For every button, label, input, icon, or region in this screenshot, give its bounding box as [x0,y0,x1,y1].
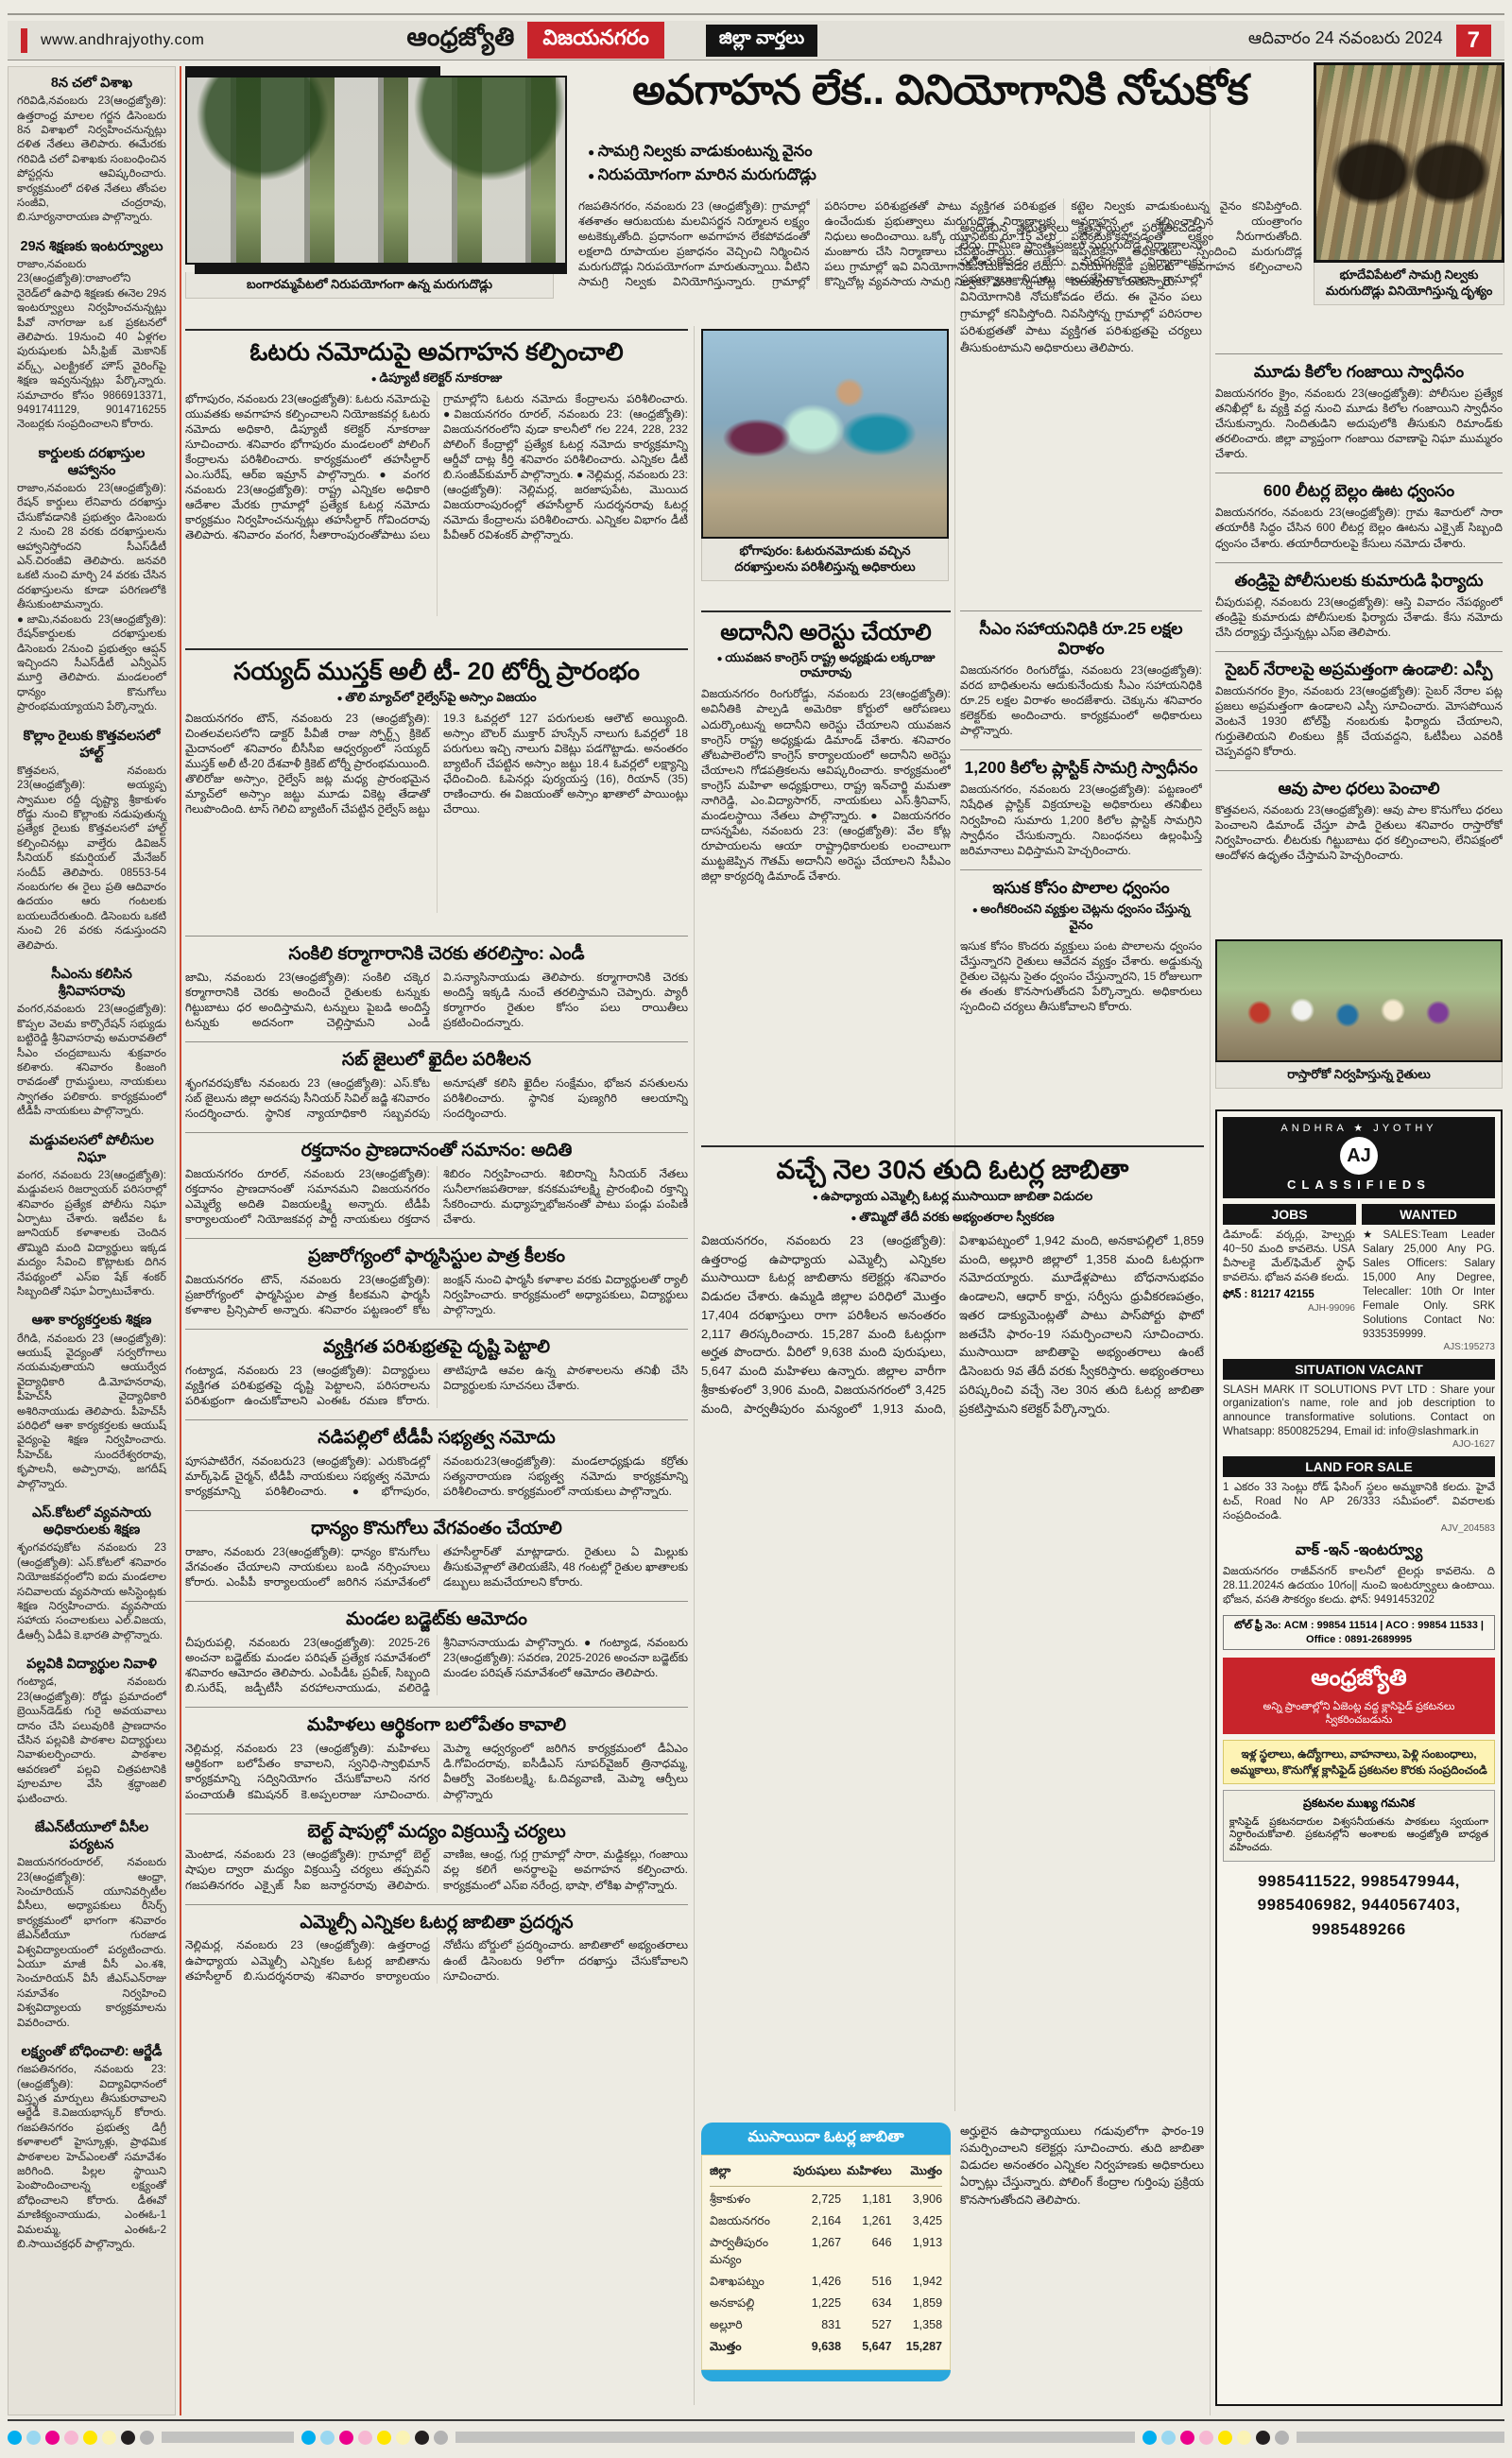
classifieds-brand-top: ANDHRA ★ JYOTHY [1227,1122,1491,1134]
color-dot [415,2431,429,2445]
article-body: చీపురుపల్లి, నవంబరు 23(ఆంధ్రజ్యోతి): ఆస్… [1215,594,1503,640]
article: నడిపల్లిలో టీడీపీ సభ్యత్వ నమోదు పూసపాటిర… [185,1419,688,1499]
article-body: విజయనగరం రింగురోడ్డు, నవంబరు 23(ఆంధ్రజ్య… [960,662,1202,738]
article-kicker: అంగీకరించని వ్యక్తుల చెట్లను ధ్వంసం చేస్… [960,902,1202,934]
classifieds-block: ANDHRA ★ JYOTHY AJ CLASSIFIEDS JOBS WANT… [1215,1109,1503,2406]
final-voters-kicker-2: తొమ్మిదో తేదీ వరకు అభ్యంతరాల స్వీకరణ [701,1210,1204,1226]
andhra-jyothy-ad-brand: ఆంధ్రజ్యోతి [1228,1665,1489,1696]
jobs-label: JOBS [1223,1204,1356,1225]
color-registration-dots [1143,2431,1289,2445]
table-row: మొత్తం 9,638 5,647 15,287 [710,2338,942,2360]
brief-body: కొత్తవలస, నవంబరు 23(ఆంధ్రజ్యోతి): అయ్యప్… [17,765,166,954]
cell-male: 1,225 [791,2296,841,2313]
color-dot [1180,2431,1194,2445]
article: ఎమ్మెల్సీ ఎన్నికల ఓటర్ల జాబితా ప్రదర్శన … [185,1904,688,1984]
col-district: జిల్లా [710,2164,791,2181]
rally-photo-block: రాస్తారోకో నిర్వహిస్తున్న రైతులు [1215,939,1503,1102]
voters-table-title: ముసాయిదా ఓటర్ల జాబితా [701,2123,951,2155]
main-story-continuation-block: అందించిన ప్రభుత్వాలు క్షేత్రస్థాయిలో పరి… [960,219,1202,597]
main-bullet-1: సామగ్రి నిల్వకు వాడుకుంటున్న వైనం [588,143,947,163]
brief-body: గజపతినగరం, నవంబరు 23: (ఆంధ్రజ్యోతి): విద… [17,2063,166,2252]
cell-district: అనకాపల్లి [710,2296,791,2313]
color-dot [339,2431,353,2445]
brief-body: గరివిడి,నవంబరు 23(ఆంధ్రజ్యోతి): ఉత్తరాంధ… [17,95,166,226]
article: ప్రజారోగ్యంలో ఫార్మసిస్టుల పాత్ర కీలకం వ… [185,1238,688,1317]
article: మండల బడ్జెట్‌కు ఆమోదం చీపురుపల్లి, నవంబర… [185,1601,688,1695]
main-story-bullets: సామగ్రి నిల్వకు వాడుకుంటున్న వైనం నిరుపయ… [588,140,947,193]
cell-district: శ్రీకాకుళం [710,2192,791,2209]
brief-item: 29న శిక్షణకు ఇంటర్వ్యూలు రాజాం,నవంబరు 23… [17,238,166,433]
color-registration-dots [8,2431,154,2445]
cell-total: 1,942 [892,2275,942,2292]
land-for-sale-section: LAND FOR SALE 1 ఎకరం 33 సెంట్లు రోడ్ ఫేస… [1223,1456,1495,1534]
article-body: చీపురుపల్లి, నవంబరు 23(ఆంధ్రజ్యోతి): 202… [185,1635,688,1695]
voters-table-rows: శ్రీకాకుళం 2,725 1,181 3,906 విజయనగరం 2,… [710,2191,942,2360]
jobs-ad: డిమాండ్: వర్కర్లు, హెల్పర్లు 40~50 మంది … [1223,1229,1355,1352]
land-for-sale-code: AJV_204583 [1223,1523,1495,1534]
article: రక్తదానం ప్రాణదానంతో సమానం: అదితి విజయనగ… [185,1132,688,1227]
red-accent-bar [21,28,27,53]
color-dot [121,2431,135,2445]
toilets-photo-right [1314,62,1504,263]
color-dot [358,2431,372,2445]
cell-total: 3,425 [892,2214,942,2231]
article-headline: సీఎం సహాయనిధికి రూ.25 లక్షల విరాళం [960,619,1202,659]
wanted-label: WANTED [1362,1204,1495,1225]
cell-male: 2,725 [791,2192,841,2209]
brief-headline: లక్ష్యంతో బోధించాలి: ఆర్జేడీ [17,2043,166,2060]
article: బెల్ట్ షాపుల్లో మద్యం విక్రయిస్తే చర్యలు… [185,1813,688,1893]
print-registration-strip [8,2419,1504,2448]
col-e-articles: సీఎం సహాయనిధికి రూ.25 లక్షల విరాళం విజయన… [960,610,1202,1138]
brief-headline: కార్డులకు దరఖాస్తుల ఆహ్వానం [17,445,166,479]
brief-body: వంగర,నవంబరు 23(ఆంధ్రజ్యోతి): కొప్పల వెలమ… [17,1003,166,1119]
gray-calibration-bar [455,2432,1135,2443]
article: సబ్ జైలులో ఖైదీల పరిశీలన శృంగవరపుకోట నవం… [185,1041,688,1121]
article-body: విజయనగరం క్రైం, నవంబరు 23(ఆంధ్రజ్యోతి): … [1215,386,1503,461]
top-rule [8,13,1504,15]
brief-body: రాజాం,నవంబరు 23(ఆంధ్రజ్యోతి): రేషన్ కార్… [17,482,166,715]
article: వ్యక్తిగత పరిశుభ్రతపై దృష్టి పెట్టాలి గం… [185,1329,688,1408]
article: తండ్రిపై పోలీసులకు కుమారుడి ఫిర్యాదు చీప… [1215,562,1503,640]
article-body: విజయనగరం టౌన్, నవంబరు 23(ఆంధ్రజ్యోతి): ప… [185,1272,688,1317]
brief-headline: ఆశా కార్యకర్తలకు శిక్షణ [17,1312,166,1329]
article-headline: ఎమ్మెల్సీ ఎన్నికల ఓటర్ల జాబితా ప్రదర్శన [185,1913,688,1934]
brief-item: కార్డులకు దరఖాస్తుల ఆహ్వానం రాజాం,నవంబరు… [17,445,166,715]
color-dot [1143,2431,1157,2445]
article-body: నెల్లిమర్ల, నవంబరు 23 (ఆంధ్రజ్యోతి): మహి… [185,1741,688,1801]
farmers-rally-photo [1215,939,1503,1062]
article-headline: ధాన్యం కొనుగోలు వేగవంతం చేయాలి [185,1519,688,1540]
color-dot [377,2431,391,2445]
jobs-ad-phone: ఫోన్ : 81217 42155 [1223,1288,1355,1303]
brief-headline: 29న శిక్షణకు ఇంటర్వ్యూలు [17,238,166,255]
article-body: రాజాం, నవంబరు 23(ఆంధ్రజ్యోతి): ధాన్యం కొ… [185,1544,688,1590]
voter-photo-block: భోగాపురం: ఓటరునమోదుకు వచ్చిన దరఖాస్తులను… [701,329,949,603]
andhra-jyothy-ad: ఆంధ్రజ్యోతి అన్ని ప్రాంతాల్లోని ఏజెంట్ల … [1223,1658,1495,1735]
photo-caption: భోగాపురం: ఓటరునమోదుకు వచ్చిన దరఖాస్తులను… [701,539,949,581]
article: సంకిలి కర్మాగారానికి చెరకు తరలిస్తాం: ఎం… [185,936,688,1030]
main-story-photo-right-block: భూదేవిపేటలో సామగ్రి నిల్వకు మరుగుదొడ్లు … [1314,62,1504,346]
cell-male: 1,267 [791,2236,841,2270]
notice-title: ప్రకటనల ముఖ్య గమనిక [1229,1796,1488,1813]
article-headline: నడిపల్లిలో టీడీపీ సభ్యత్వ నమోదు [185,1428,688,1450]
jobs-ad-code: AJH-99096 [1223,1303,1355,1314]
color-dot [102,2431,116,2445]
col-total: మొత్తం [892,2164,942,2181]
brief-body: విజయనగరంరూరల్, నవంబరు 23(ఆంధ్రజ్యోతి): ఆ… [17,1856,166,2031]
categories-box: ఇళ్ల స్థలాలు, ఉద్యోగాలు, వాహనాలు, పెళ్లి… [1223,1740,1495,1783]
voter-story: ఓటరు నమోదుపై అవగాహన కల్పించాలి డిప్యూటీ … [185,329,688,641]
article-headline: మండల బడ్జెట్‌కు ఆమోదం [185,1609,688,1631]
color-dot [8,2431,22,2445]
land-for-sale-label: LAND FOR SALE [1223,1456,1495,1477]
cell-total: 1,358 [892,2318,942,2335]
final-voters-kicker-1: ఉపాధ్యాయ ఎమ్మెల్సీ ఓటర్ల ముసాయిదా జాబితా… [701,1189,1204,1205]
classifieds-brand-bottom: CLASSIFIEDS [1227,1177,1491,1192]
middle-articles-column: సంకిలి కర్మాగారానికి చెరకు తరలిస్తాం: ఎం… [185,936,688,2410]
sports-kicker: తొలి మ్యాచ్‌లో రైల్వేస్‌పై అస్సాం విజయం [185,690,688,706]
column-rule [1210,66,1211,2415]
column-rule [694,326,695,2405]
article-body: శృంగవరపుకోట నవంబరు 23 (ఆంధ్రజ్యోతి): ఎస్… [185,1075,688,1121]
adani-story: అదానీని అరెస్టు చేయాలి యువజన కాంగ్రెస్ ర… [701,610,951,1138]
article: ధాన్యం కొనుగోలు వేగవంతం చేయాలి రాజాం, నవ… [185,1510,688,1590]
final-voters-story: వచ్చే నెల 30న తుది ఓటర్ల జాబితా ఉపాధ్యాయ… [701,1145,1204,2113]
jobs-wanted-ads: డిమాండ్: వర్కర్లు, హెల్పర్లు 40~50 మంది … [1223,1229,1495,1352]
article-body: మెంటాడ, నవంబరు 23 (ఆంధ్రజ్యోతి): గ్రామాల… [185,1847,688,1892]
cell-female: 1,261 [841,2214,891,2231]
newspaper-page: www.andhrajyothy.com ఆంధ్రజ్యోతి విజయనగర… [0,0,1512,2458]
masthead-logo: ఆంధ్రజ్యోతి [406,23,514,59]
cell-male: 2,164 [791,2214,841,2231]
wanted-ad-text: ★SALES:Team Leader Salary 25,000 Any PG.… [1363,1229,1495,1342]
brief-headline: మడ్డువలసలో పోలీసుల నిఘా [17,1132,166,1166]
article-headline: మహిళలు ఆర్థికంగా బలోపేతం కావాలి [185,1715,688,1737]
article-headline: 1,200 కిలోల ప్లాస్టిక్ సామగ్రి స్వాధీనం [960,758,1202,778]
brief-item: 8న చలో విశాఖ గరివిడి,నవంబరు 23(ఆంధ్రజ్యో… [17,75,166,226]
sports-body: విజయనగరం టౌన్, నవంబరు 23 (ఆంధ్రజ్యోతి): … [185,711,688,913]
table-row: అల్లూరి 831 527 1,358 [710,2316,942,2338]
color-dot [26,2431,41,2445]
cell-male: 831 [791,2318,841,2335]
article-headline: మూడు కిలోల గంజాయి స్వాధీనం [1215,362,1503,382]
main-headline: అవగాహన లేక.. వినియోగానికి నోచుకోక [578,68,1302,113]
article-headline: ప్రజారోగ్యంలో ఫార్మసిస్టుల పాత్ర కీలకం [185,1246,688,1268]
article: మూడు కిలోల గంజాయి స్వాధీనం విజయనగరం క్రై… [1215,353,1503,461]
wanted-ad-code: AJS:195273 [1363,1342,1495,1352]
color-dot [434,2431,448,2445]
final-voters-body: విజయనగరం, నవంబరు 23 (ఆంధ్రజ్యోతి): ఉత్తర… [701,1231,1204,1418]
website-url: www.andhrajyothy.com [41,32,204,49]
brief-headline: పల్లవికి విద్యార్థుల నివాళి [17,1656,166,1673]
article-headline: సంకిలి కర్మాగారానికి చెరకు తరలిస్తాం: ఎం… [185,944,688,966]
photo-caption: రాస్తారోకో నిర్వహిస్తున్న రైతులు [1215,1062,1503,1089]
article-headline: సైబర్ నేరాలపై అప్రమత్తంగా ఉండాలి: ఎస్పీ [1215,660,1503,679]
walkin-interview-label: వాక్ -ఇన్ -ఇంటర్వ్యూ [1223,1541,1495,1562]
color-registration-dots [301,2431,448,2445]
situation-vacant-text: SLASH MARK IT SOLUTIONS PVT LTD : Share … [1223,1384,1495,1440]
article-headline: వ్యక్తిగత పరిశుభ్రతపై దృష్టి పెట్టాలి [185,1337,688,1359]
table-row: పార్వతీపురం మన్యం 1,267 646 1,913 [710,2234,942,2273]
voters-table-footer-bar [701,2370,951,2381]
article: మహిళలు ఆర్థికంగా బలోపేతం కావాలి నెల్లిమర… [185,1707,688,1801]
andhra-jyothy-ad-text: అన్ని ప్రాంతాల్లోని ఏజెంట్ల వద్ద క్లాసిఫ… [1228,1700,1489,1727]
cell-total: 1,859 [892,2296,942,2313]
color-dot [396,2431,410,2445]
article-body: విజయనగరం, నవంబరు 23(ఆంధ్రజ్యోతి): పట్టణం… [960,782,1202,857]
brief-body: రాజాం,నవంబరు 23(ఆంధ్రజ్యోతి):రాజాంలోని న… [17,258,166,433]
cell-district: విశాఖపట్నం [710,2275,791,2292]
final-voters-headline: వచ్చే నెల 30న తుది ఓటర్ల జాబితా [701,1155,1204,1185]
photo-accent-bar [185,66,440,76]
sports-story: సయ్యద్ ముస్తక్ అలీ టీ- 20 టోర్నీ ప్రారంభ… [185,648,688,928]
cell-district: మొత్తం [710,2340,791,2357]
article-body: విజయనగరం రూరల్, నవంబరు 23(ఆంధ్రజ్యోతి): … [185,1166,688,1227]
cell-total: 15,287 [892,2340,942,2357]
brief-body: రేగిడి, నవంబరు 23 (ఆంధ్రజ్యోతి): ఆయుష్ వ… [17,1332,166,1492]
article-headline: రక్తదానం ప్రాణదానంతో సమానం: అదితి [185,1141,688,1162]
brief-item: పల్లవికి విద్యార్థుల నివాళి గంట్యాడ, నవం… [17,1656,166,1807]
article-headline: 600 లీటర్ల బెల్లం ఊట ధ్వంసం [1215,481,1503,501]
edition-name: విజయనగరం [527,22,664,59]
notice-text: క్లాసిఫైడ్ ప్రకటనదారుల విశ్వసనీయతను పాఠక… [1229,1816,1488,1855]
article: 1,200 కిలోల ప్లాస్టిక్ సామగ్రి స్వాధీనం … [960,749,1202,857]
article-headline: ఇసుక కోసం పొలాల ధ్వంసం [960,878,1202,898]
color-dot [1199,2431,1213,2445]
article: సైబర్ నేరాలపై అప్రమత్తంగా ఉండాలి: ఎస్పీ … [1215,651,1503,759]
color-dot [1256,2431,1270,2445]
brief-body: గంట్యాడ, నవంబరు 23(ఆంధ్రజ్యోతి): రోడ్డు … [17,1676,166,1807]
main-story-photo-left-block: బంగారమ్మపేటలో నిరుపయోగంగా ఉన్న మరుగుదొడ్… [185,66,567,327]
jobs-ad-text: డిమాండ్: వర్కర్లు, హెల్పర్లు 40~50 మంది … [1223,1229,1355,1285]
voter-story-kicker: డిప్యూటీ కలెక్టర్ నూకరాజు [185,370,688,387]
cell-district: అల్లూరి [710,2318,791,2335]
photo-caption: భూదేవిపేటలో సామగ్రి నిల్వకు మరుగుదొడ్లు … [1314,263,1504,305]
brief-item: జేఎన్‌టీయూలో వీసీల పర్యటన విజయనగరంరూరల్,… [17,1819,166,2031]
cell-female: 5,647 [841,2340,891,2357]
table-row: విజయనగరం 2,164 1,261 3,425 [710,2212,942,2234]
situation-vacant-code: AJO-1627 [1223,1439,1495,1450]
briefs-column: 8న చలో విశాఖ గరివిడి,నవంబరు 23(ఆంధ్రజ్యో… [8,66,176,2415]
article-body: నెల్లిమర్ల, నవంబరు 23 (ఆంధ్రజ్యోతి): ఉత్… [185,1937,688,1983]
classifieds-masthead: ANDHRA ★ JYOTHY AJ CLASSIFIEDS [1223,1117,1495,1198]
classifieds-section-bars: JOBS WANTED [1223,1204,1495,1225]
sports-headline: సయ్యద్ ముస్తక్ అలీ టీ- 20 టోర్నీ ప్రారంభ… [185,658,688,686]
land-for-sale-text: 1 ఎకరం 33 సెంట్లు రోడ్ ఫేసింగ్ స్థలం అమ్… [1223,1481,1495,1523]
brief-item: సీఎంను కలిసిన శ్రీనివాసరావు వంగర,నవంబరు … [17,966,166,1120]
page-header: www.andhrajyothy.com ఆంధ్రజ్యోతి విజయనగర… [8,21,1504,60]
page-number: 7 [1456,25,1491,57]
article-headline: సబ్ జైలులో ఖైదీల పరిశీలన [185,1050,688,1072]
brief-item: ఎస్.కోటలో వ్యవసాయ అధికారులకు శిక్షణ శృంగ… [17,1504,166,1643]
situation-vacant-label: SITUATION VACANT [1223,1359,1495,1380]
article-body: ఇసుక కోసం కొందరు వ్యక్తులు పంట పొలాలను ధ… [960,938,1202,1014]
brief-item: కొల్లాం రైలుకు కొత్తవలసలో హాల్ట్ కొత్తవల… [17,728,166,954]
cell-total: 1,913 [892,2236,942,2270]
brief-body: శృంగవరపుకోట నవంబరు 23 (ఆంధ్రజ్యోతి): ఎస్… [17,1541,166,1643]
color-dot [320,2431,335,2445]
tollfree-numbers: టోల్ ఫ్రీ నెం: ACM : 99854 11514 | ACO :… [1223,1615,1495,1650]
notice-box: ప్రకటనల ముఖ్య గమనిక క్లాసిఫైడ్ ప్రకటనదార… [1223,1790,1495,1862]
table-row: విశాఖపట్నం 1,426 516 1,942 [710,2273,942,2295]
brief-headline: కొల్లాం రైలుకు కొత్తవలసలో హాల్ట్ [17,728,166,762]
article: సీఎం సహాయనిధికి రూ.25 లక్షల విరాళం విజయన… [960,610,1202,738]
gray-calibration-bar [1297,2432,1504,2443]
cell-female: 516 [841,2275,891,2292]
toilets-photo-left [185,76,567,265]
article-headline: ఆవు పాల ధరలు పెంచాలి [1215,779,1503,799]
voter-story-headline: ఓటరు నమోదుపై అవగాహన కల్పించాలి [185,338,688,367]
final-voters-continuation-block: అర్హులైన ఉపాధ్యాయులు గడువులోగా ఫారం-19 స… [960,2123,1204,2406]
color-dot [140,2431,154,2445]
cell-district: పార్వతీపురం మన్యం [710,2236,791,2270]
section-name: జిల్లా వార్తలు [706,25,817,57]
table-row: శ్రీకాకుళం 2,725 1,181 3,906 [710,2191,942,2212]
brief-item: లక్ష్యంతో బోధించాలి: ఆర్జేడీ గజపతినగరం, … [17,2043,166,2252]
color-dot [1161,2431,1176,2445]
article-headline: బెల్ట్ షాపుల్లో మద్యం విక్రయిస్తే చర్యలు [185,1822,688,1844]
article-headline: తండ్రిపై పోలీసులకు కుమారుడి ఫిర్యాదు [1215,571,1503,591]
article-body: జామి, నవంబరు 23(ఆంధ్రజ్యోతి): సంకిలి చక్… [185,970,688,1030]
cell-female: 1,181 [841,2192,891,2209]
brief-item: మడ్డువలసలో పోలీసుల నిఘా వంగర, నవంబరు 23(… [17,1132,166,1300]
cell-female: 646 [841,2236,891,2270]
brief-headline: ఎస్.కోటలో వ్యవసాయ అధికారులకు శిక్షణ [17,1504,166,1538]
main-bullet-2: నిరుపయోగంగా మారిన మరుగుదొడ్లు [588,166,947,187]
column-rule [180,66,181,2415]
color-dot [1218,2431,1232,2445]
issue-date: ఆదివారం 24 నవంబరు 2024 [1248,28,1443,52]
voter-story-body: భోగాపురం, నవంబరు 23(ఆంధ్రజ్యోతి): ఓటరు న… [185,391,688,616]
color-dot [45,2431,60,2445]
voter-registration-photo [701,329,949,539]
article: ఆవు పాల ధరలు పెంచాలి కొత్తవలస, నవంబరు 23… [1215,770,1503,863]
article: 600 లీటర్ల బెల్లం ఊట ధ్వంసం విజయనగరం, నవ… [1215,473,1503,550]
color-dot [301,2431,316,2445]
photo-caption: బంగారమ్మపేటలో నిరుపయోగంగా ఉన్న మరుగుదొడ్… [185,272,554,299]
color-dot [83,2431,97,2445]
cell-total: 3,906 [892,2192,942,2209]
cell-female: 634 [841,2296,891,2313]
cell-female: 527 [841,2318,891,2335]
article-body: విజయనగరం క్రైం, నవంబరు 23(ఆంధ్రజ్యోతి): … [1215,683,1503,759]
walkin-interview-text: విజయనగరం రాజీవ్‌నగర్ కాలనీలో టైలర్లు కావ… [1223,1565,1495,1607]
brief-body: వంగర, నవంబరు 23(ఆంధ్రజ్యోతి): మడ్డువలస ర… [17,1169,166,1300]
voters-table: ముసాయిదా ఓటర్ల జాబితా జిల్లా పురుషులు మహ… [701,2123,951,2408]
table-row: అనకాపల్లి 1,225 634 1,859 [710,2295,942,2316]
cell-male: 9,638 [791,2340,841,2357]
article: ఇసుక కోసం పొలాల ధ్వంసం అంగీకరించని వ్యక్… [960,869,1202,1014]
article-body: విజయనగరం, నవంబరు 23(ఆంధ్రజ్యోతి): గ్రామ … [1215,505,1503,550]
main-story-continuation: అందించిన ప్రభుత్వాలు క్షేత్రస్థాయిలో పరి… [960,219,1202,356]
adani-kicker: యువజన కాంగ్రెస్ రాష్ట్ర అధ్యక్షుడు లక్కర… [701,650,951,682]
brief-headline: 8న చలో విశాఖ [17,75,166,92]
gray-calibration-bar [162,2432,294,2443]
adani-headline: అదానీని అరెస్టు చేయాలి [701,620,951,646]
final-voters-continuation: అర్హులైన ఉపాధ్యాయులు గడువులోగా ఫారం-19 స… [960,2123,1204,2209]
wanted-ad: ★SALES:Team Leader Salary 25,000 Any PG.… [1363,1229,1495,1352]
voters-table-header: జిల్లా పురుషులు మహిళలు మొత్తం [710,2161,942,2187]
brief-headline: జేఎన్‌టీయూలో వీసీల పర్యటన [17,1819,166,1853]
col-female: మహిళలు [841,2164,891,2181]
color-dot [1237,2431,1251,2445]
right-articles-column: మూడు కిలోల గంజాయి స్వాధీనం విజయనగరం క్రై… [1215,353,1503,934]
brief-item: ఆశా కార్యకర్తలకు శిక్షణ రేగిడి, నవంబరు 2… [17,1312,166,1492]
contact-numbers: 9985411522, 9985479944, 9985406982, 9440… [1223,1869,1495,1942]
cell-male: 1,426 [791,2275,841,2292]
situation-vacant-section: SITUATION VACANT SLASH MARK IT SOLUTIONS… [1223,1359,1495,1451]
aj-logo: AJ [1340,1137,1378,1175]
col-male: పురుషులు [791,2164,841,2181]
color-dot [64,2431,78,2445]
article-body: పూసపాటిరేగ, నవంబరు23 (ఆంధ్రజ్యోతి): ఎరుక… [185,1453,688,1499]
article-body: కొత్తవలస, నవంబరు 23(ఆంధ్రజ్యోతి): ఆవు పా… [1215,802,1503,863]
article-body: గంట్యాడ, నవంబరు 23 (ఆంధ్రజ్యోతి): విద్యా… [185,1363,688,1408]
color-dot [1275,2431,1289,2445]
brief-headline: సీఎంను కలిసిన శ్రీనివాసరావు [17,966,166,1000]
adani-body: విజయనగరం రింగురోడ్డు, నవంబరు 23(ఆంధ్రజ్య… [701,686,951,884]
main-headline-block: అవగాహన లేక.. వినియోగానికి నోచుకోక [578,68,1302,136]
cell-district: విజయనగరం [710,2214,791,2231]
